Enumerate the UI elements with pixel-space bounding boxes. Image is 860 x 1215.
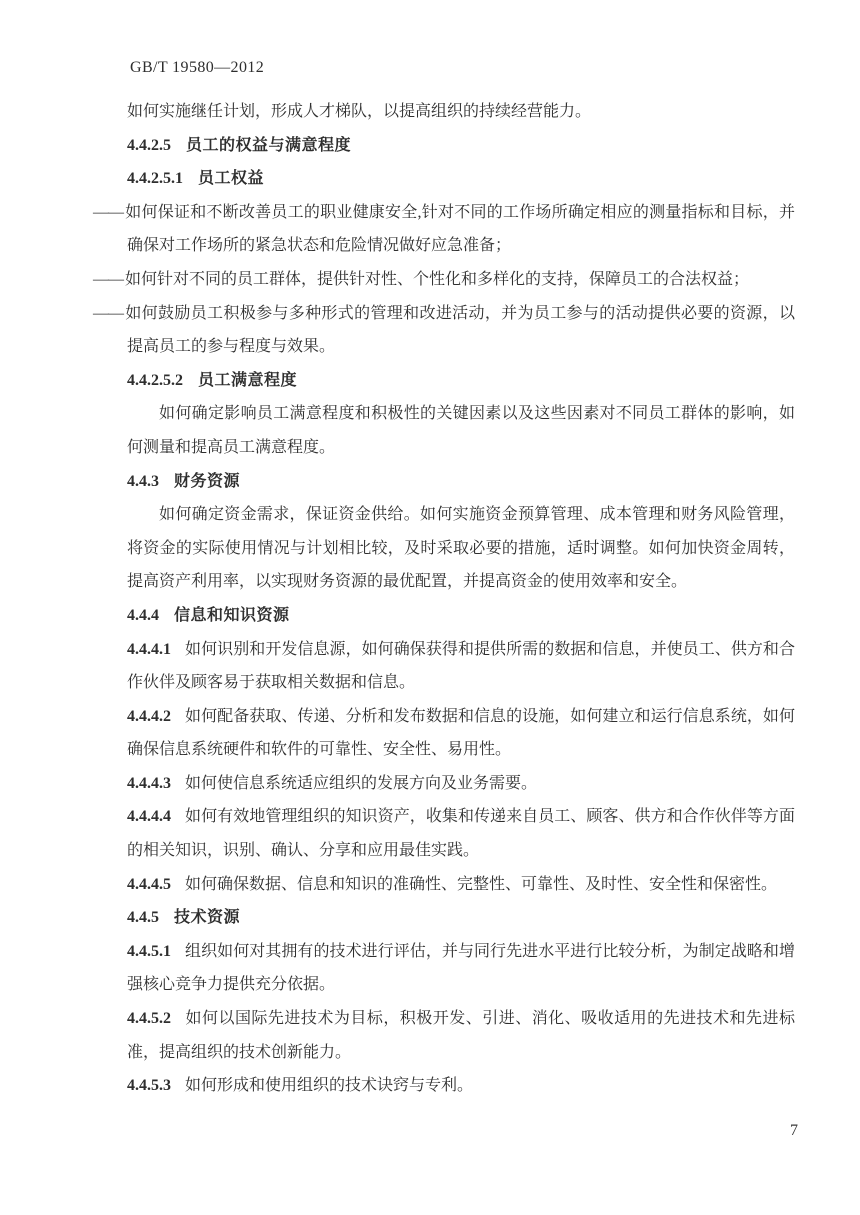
clause-number: 4.4.5.2 (127, 1010, 171, 1027)
section-number: 4.4.2.5.1 (127, 170, 183, 187)
clause-number: 4.4.4.5 (127, 876, 171, 893)
bullet-item: ——如何针对不同的员工群体，提供针对性、个性化和多样化的支持，保障员工的合法权益… (127, 263, 795, 297)
section-heading-4-4-4: 4.4.4信息和知识资源 (127, 599, 795, 633)
section-number: 4.4.2.5.2 (127, 372, 183, 389)
clause-number: 4.4.4.3 (127, 775, 171, 792)
paragraph-continuation: 如何实施继任计划，形成人才梯队，以提高组织的持续经营能力。 (127, 95, 795, 129)
clause-text: 如何确保数据、信息和知识的准确性、完整性、可靠性、及时性、安全性和保密性。 (185, 876, 777, 893)
clause-number: 4.4.5.1 (127, 943, 171, 960)
numbered-clause-4-4-5-1: 4.4.5.1组织如何对其拥有的技术进行评估，并与同行先进水平进行比较分析，为制… (127, 935, 795, 1002)
section-title: 财务资源 (174, 473, 240, 490)
bullet-item: ——如何鼓励员工积极参与多种形式的管理和改进活动，并为员工参与的活动提供必要的资… (127, 297, 795, 364)
bullet-text: 如何针对不同的员工群体，提供针对性、个性化和多样化的支持，保障员工的合法权益； (125, 271, 749, 288)
document-body: 如何实施继任计划，形成人才梯队，以提高组织的持续经营能力。 4.4.2.5员工的… (127, 95, 795, 1103)
section-heading-4-4-5: 4.4.5技术资源 (127, 901, 795, 935)
clause-number: 4.4.4.1 (127, 641, 171, 658)
clause-number: 4.4.4.4 (127, 808, 171, 825)
bullet-text: 如何鼓励员工积极参与多种形式的管理和改进活动，并为员工参与的活动提供必要的资源，… (125, 305, 795, 356)
clause-text: 如何有效地管理组织的知识资产，收集和传递来自员工、顾客、供方和合作伙伴等方面的相… (127, 808, 795, 859)
page-number: 7 (790, 1122, 798, 1140)
clause-text: 组织如何对其拥有的技术进行评估，并与同行先进水平进行比较分析，为制定战略和增强核… (127, 943, 795, 994)
clause-text: 如何使信息系统适应组织的发展方向及业务需要。 (185, 775, 537, 792)
document-page: GB/T 19580—2012 如何实施继任计划，形成人才梯队，以提高组织的持续… (0, 0, 860, 1215)
section-heading-4-4-2-5-2: 4.4.2.5.2员工满意程度 (127, 364, 795, 398)
dash-mark: —— (93, 305, 123, 322)
section-number: 4.4.4 (127, 607, 159, 624)
section-number: 4.4.2.5 (127, 137, 171, 154)
section-number: 4.4.3 (127, 473, 159, 490)
paragraph: 如何确定资金需求，保证资金供给。如何实施资金预算管理、成本管理和财务风险管理，将… (127, 498, 795, 599)
numbered-clause-4-4-4-3: 4.4.4.3如何使信息系统适应组织的发展方向及业务需要。 (127, 767, 795, 801)
clause-text: 如何识别和开发信息源，如何确保获得和提供所需的数据和信息，并使员工、供方和合作伙… (127, 641, 795, 692)
numbered-clause-4-4-4-1: 4.4.4.1如何识别和开发信息源，如何确保获得和提供所需的数据和信息，并使员工… (127, 633, 795, 700)
document-header-standard-number: GB/T 19580—2012 (130, 59, 264, 77)
clause-number: 4.4.4.2 (127, 708, 171, 725)
numbered-clause-4-4-4-5: 4.4.4.5如何确保数据、信息和知识的准确性、完整性、可靠性、及时性、安全性和… (127, 868, 795, 902)
clause-text: 如何形成和使用组织的技术诀窍与专利。 (185, 1077, 473, 1094)
clause-number: 4.4.5.3 (127, 1077, 171, 1094)
section-heading-4-4-3: 4.4.3财务资源 (127, 465, 795, 499)
section-heading-4-4-2-5-1: 4.4.2.5.1员工权益 (127, 162, 795, 196)
numbered-clause-4-4-5-2: 4.4.5.2如何以国际先进技术为目标，积极开发、引进、消化、吸收适用的先进技术… (127, 1002, 795, 1069)
section-title: 员工满意程度 (198, 372, 297, 389)
bullet-text: 如何保证和不断改善员工的职业健康安全,针对不同的工作场所确定相应的测量指标和目标… (125, 204, 795, 255)
section-title: 技术资源 (174, 909, 240, 926)
clause-text: 如何配备获取、传递、分析和发布数据和信息的设施，如何建立和运行信息系统，如何确保… (127, 708, 795, 759)
numbered-clause-4-4-5-3: 4.4.5.3如何形成和使用组织的技术诀窍与专利。 (127, 1069, 795, 1103)
section-title: 员工的权益与满意程度 (186, 137, 351, 154)
dash-mark: —— (93, 204, 123, 221)
section-title: 员工权益 (198, 170, 264, 187)
section-heading-4-4-2-5: 4.4.2.5员工的权益与满意程度 (127, 129, 795, 163)
section-title: 信息和知识资源 (174, 607, 290, 624)
dash-mark: —— (93, 271, 123, 288)
numbered-clause-4-4-4-4: 4.4.4.4如何有效地管理组织的知识资产，收集和传递来自员工、顾客、供方和合作… (127, 800, 795, 867)
bullet-item: ——如何保证和不断改善员工的职业健康安全,针对不同的工作场所确定相应的测量指标和… (127, 196, 795, 263)
paragraph: 如何确定影响员工满意程度和积极性的关键因素以及这些因素对不同员工群体的影响，如何… (127, 397, 795, 464)
clause-text: 如何以国际先进技术为目标，积极开发、引进、消化、吸收适用的先进技术和先进标准，提… (127, 1010, 795, 1061)
section-number: 4.4.5 (127, 909, 159, 926)
numbered-clause-4-4-4-2: 4.4.4.2如何配备获取、传递、分析和发布数据和信息的设施，如何建立和运行信息… (127, 700, 795, 767)
